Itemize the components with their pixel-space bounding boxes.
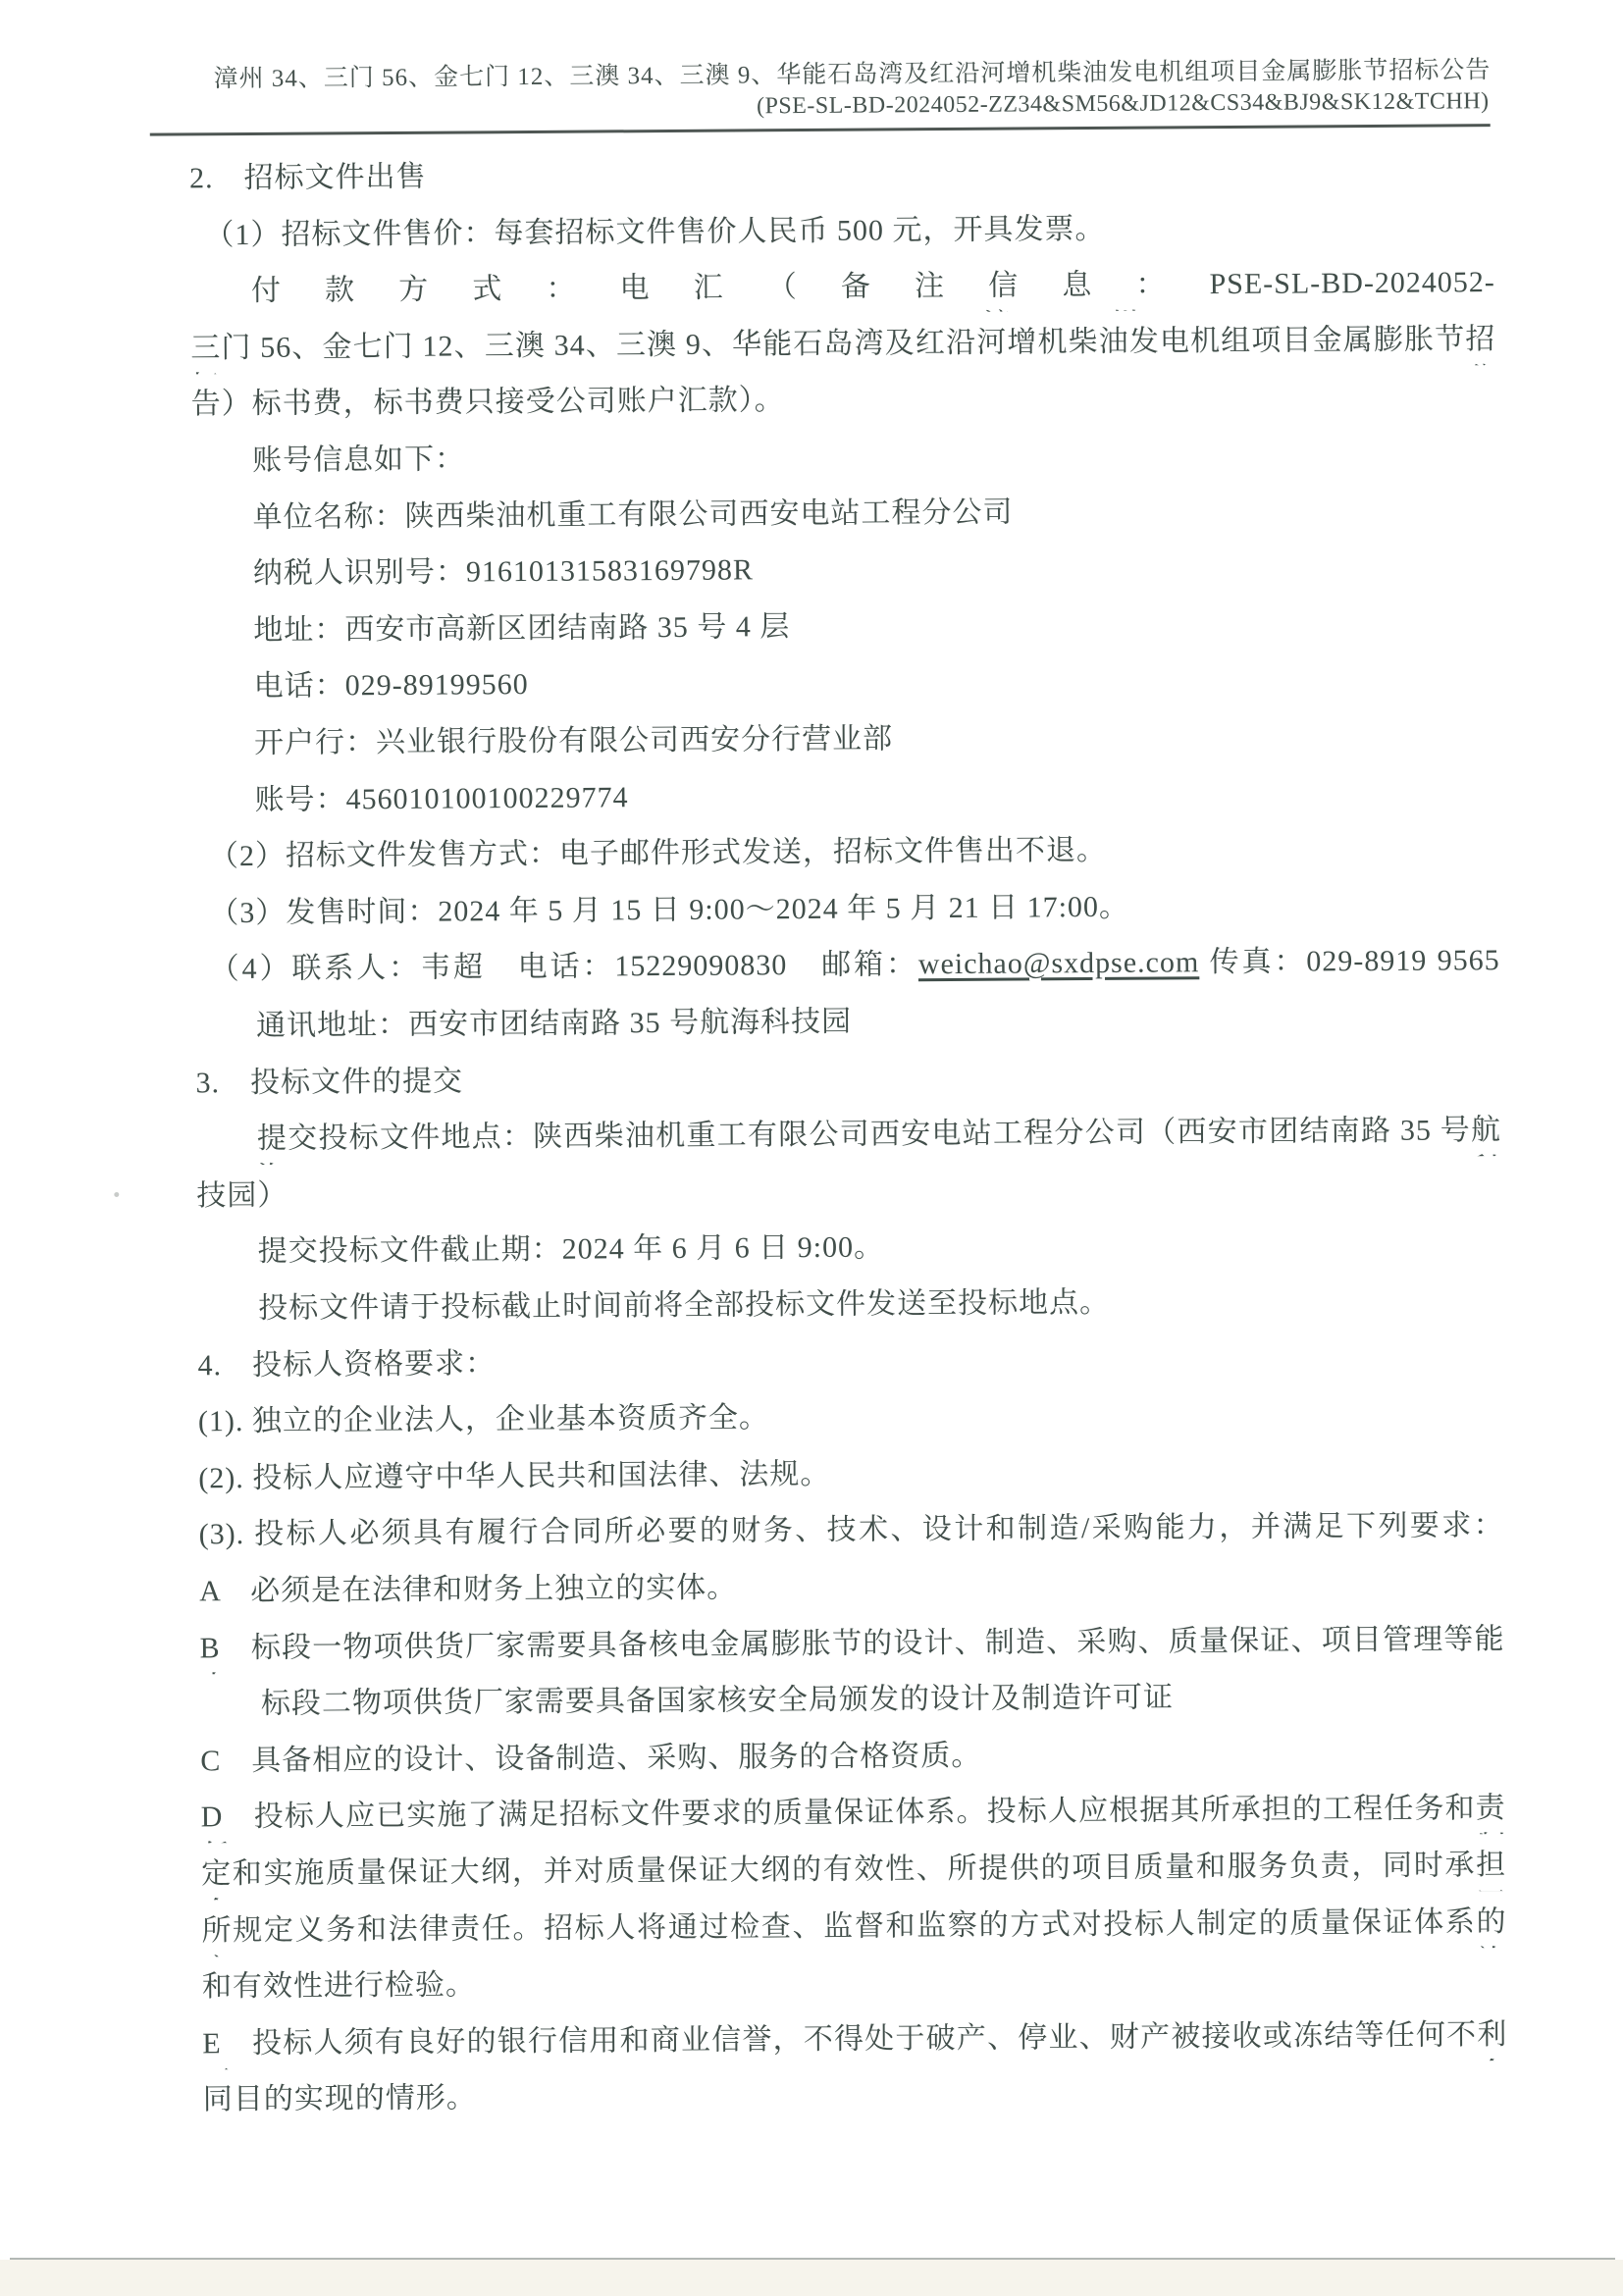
header-title-line2: (PSE-SL-BD-2024052-ZZ34&SM56&JD12&CS34&B… — [757, 88, 1490, 120]
document-page: 漳州 34、三门 56、金七门 12、三澳 34、三澳 9、华能石岛湾及红沿河增… — [0, 0, 1623, 2296]
text-line: 地址：西安市高新区团结南路 35 号 4 层 — [253, 602, 1497, 656]
text-line: D 投标人应已实施了满足招标文件要求的质量保证体系。投标人应根据其所承担的工程任… — [201, 1789, 1506, 1843]
text-line: 账号信息如下： — [252, 433, 1496, 487]
text-line: 标段二物项供货厂家需要具备国家核安全局颁发的设计及制造许可证 — [261, 1676, 1505, 1730]
section-2-title: 2. 招标文件出售 — [189, 150, 1494, 204]
section-4-title: 4. 投标人资格要求： — [197, 1337, 1502, 1391]
text-line: (2). 投标人应遵守中华人民共和国法律、法规。 — [198, 1450, 1503, 1504]
text-line: (1). 独立的企业法人，企业基本资质齐全。 — [198, 1393, 1503, 1447]
text-line: 提交投标文件地点：陕西柴油机重工有限公司西安电站工程分公司（西安市团结南路 35… — [257, 1111, 1501, 1165]
text-segment: （4）联系人：韦超 电话：15229090830 邮箱： — [210, 948, 918, 985]
document-body: 2. 招标文件出售（1）招标文件售价：每套招标文件售价人民币 500 元，开具发… — [0, 0, 1615, 6]
section-3-title: 3. 投标文件的提交 — [195, 1055, 1500, 1109]
text-line: E 投标人须有良好的银行信用和商业信誉，不得处于破产、停业、财产被接收或冻结等任… — [202, 2015, 1507, 2069]
text-line: C 具备相应的设计、设备制造、采购、服务的合格资质。 — [200, 1733, 1505, 1787]
text-line: （1）招标文件售价：每套招标文件售价人民币 500 元，开具发票。 — [204, 207, 1494, 261]
text-line: 和有效性进行检验。 — [202, 1958, 1507, 2012]
text-line: 投标文件请于投标截止时间前将全部投标文件发送至投标地点。 — [258, 1280, 1502, 1334]
document-header: 漳州 34、三门 56、金七门 12、三澳 34、三澳 9、华能石岛湾及红沿河增… — [0, 0, 1615, 6]
text-line: 三门 56、金七门 12、三澳 34、三澳 9、华能石岛湾及红沿河增机柴油发电机… — [190, 320, 1495, 374]
text-line: 通讯地址：西安市团结南路 35 号航海科技园 — [256, 998, 1500, 1052]
text-line: 所规定义务和法律责任。招标人将通过检查、监督和监察的方式对投标人制定的质量保证体… — [201, 1903, 1506, 1957]
header-divider — [150, 124, 1491, 136]
contact-line: （4）联系人：韦超 电话：15229090830 邮箱：weichao@sxdp… — [210, 941, 1500, 995]
text-line: 开户行：兴业银行股份有限公司西安分行营业部 — [254, 715, 1498, 769]
text-line: 告）标书费，标书费只接受公司账户汇款）。 — [191, 376, 1496, 430]
text-line: A 必须是在法律和财务上独立的实体。 — [199, 1563, 1504, 1617]
header-title-line1: 漳州 34、三门 56、金七门 12、三澳 34、三澳 9、华能石岛湾及红沿河增… — [213, 50, 1491, 94]
scan-edge-band — [0, 2260, 1623, 2296]
text-line: B 标段一物项供货厂家需要具备核电金属膨胀节的设计、制造、采购、质量保证、项目管… — [199, 1620, 1504, 1674]
text-line: （2）招标文件发售方式：电子邮件形式发送，招标文件售出不退。 — [209, 828, 1499, 882]
text-line: 提交投标文件截止期：2024 年 6 月 6 日 9:00。 — [258, 1224, 1502, 1278]
text-line: 定和实施质量保证大纲，并对质量保证大纲的有效性、所提供的项目质量和服务负责，同时… — [201, 1846, 1506, 1900]
scanned-content: 漳州 34、三门 56、金七门 12、三澳 34、三澳 9、华能石岛湾及红沿河增… — [0, 0, 1623, 2296]
text-line: (3). 投标人必须具有履行合同所必要的财务、技术、设计和制造/采购能力，并满足… — [199, 1506, 1504, 1560]
text-line: 技园） — [196, 1168, 1501, 1222]
text-line: 同目的实现的情形。 — [203, 2071, 1508, 2125]
text-line: 单位名称：陕西柴油机重工有限公司西安电站工程分公司 — [252, 490, 1496, 544]
text-line: 账号：456010100100229774 — [254, 772, 1498, 826]
text-line: 付款方式：电汇（备注信息：PSE-SL-BD-2024052-ZZ34&SM56… — [251, 263, 1495, 317]
text-segment: 传真：029-8919 9565 — [1199, 944, 1500, 978]
email-text: weichao@sxdpse.com — [918, 946, 1200, 980]
text-line: 电话：029-89199560 — [254, 658, 1498, 712]
text-line: 纳税人识别号：91610131583169798R — [253, 546, 1497, 600]
text-line: （3）发售时间：2024 年 5 月 15 日 9:00～2024 年 5 月 … — [209, 885, 1499, 939]
scan-artifact-dot — [114, 1192, 119, 1197]
